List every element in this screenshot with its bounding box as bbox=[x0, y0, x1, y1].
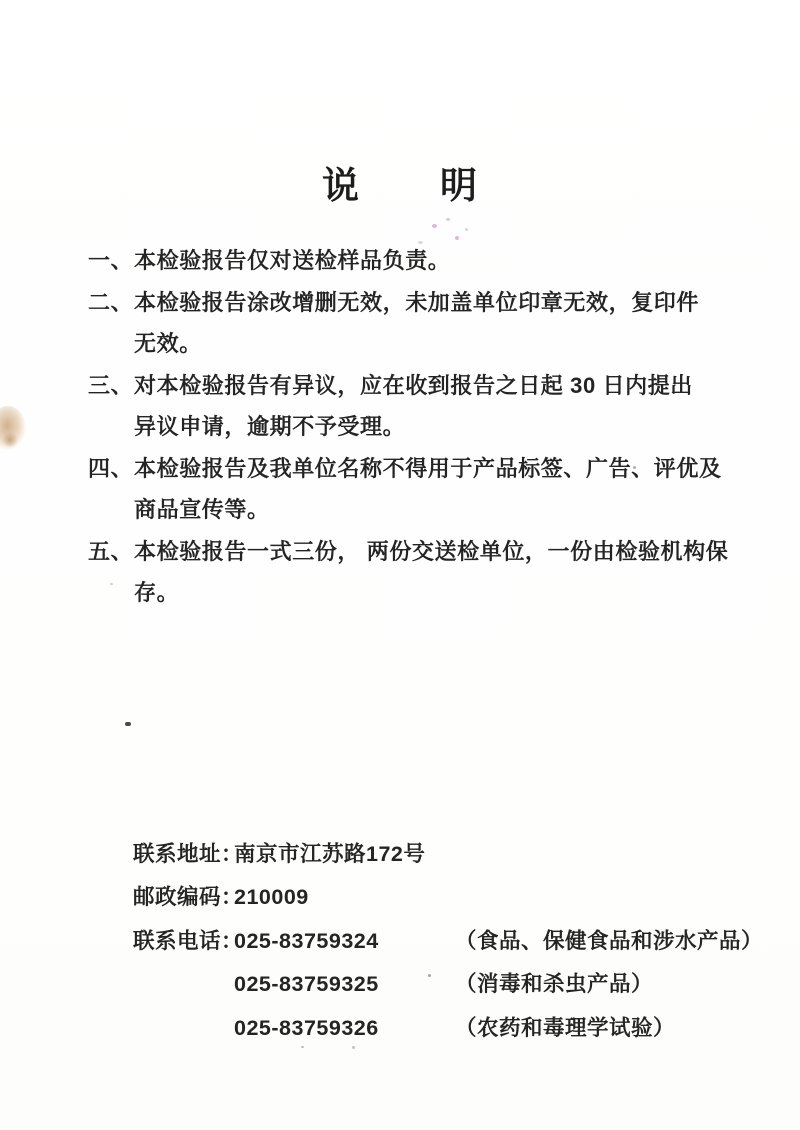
scan-speck bbox=[428, 974, 431, 977]
item-number: 四、 bbox=[88, 448, 134, 490]
notice-text: 异议申请，逾期不予受理。 bbox=[134, 414, 405, 439]
address-value: 南京市江苏路172号 bbox=[234, 833, 425, 876]
contact-phone-row-3: 025-83759326 （农药和毒理学试验） bbox=[133, 1007, 770, 1050]
scan-speck bbox=[110, 583, 113, 585]
notice-item-5-cont: 存。 bbox=[88, 572, 745, 614]
notice-text: 本检验报告仅对送检样品负责。 bbox=[134, 248, 450, 273]
item-number: 五、 bbox=[88, 531, 134, 573]
phone-number: 025-83759324 bbox=[234, 920, 379, 963]
notice-text: 本检验报告一式三份， 两份交送检单位，一份由检验机构保 bbox=[134, 539, 728, 564]
postcode-value: 210009 bbox=[234, 876, 309, 919]
phone-label: 联系电话： bbox=[133, 920, 243, 963]
notice-item-4: 四、本检验报告及我单位名称不得用于产品标签、广告、评优及 bbox=[88, 448, 745, 490]
notice-item-2-cont: 无效。 bbox=[88, 323, 745, 365]
notice-item-4-cont: 商品宣传等。 bbox=[88, 489, 745, 531]
notice-item-3-cont: 异议申请，逾期不予受理。 bbox=[88, 406, 745, 448]
scan-speck bbox=[432, 224, 437, 228]
notice-text: 商品宣传等。 bbox=[134, 497, 270, 522]
notice-item-1: 一、本检验报告仅对送检样品负责。 bbox=[88, 240, 745, 282]
item-number: 二、 bbox=[88, 282, 134, 324]
phone-note: （消毒和杀虫产品） bbox=[455, 963, 653, 1006]
phone-number: 025-83759326 bbox=[234, 1007, 379, 1050]
scan-speck bbox=[418, 241, 423, 244]
document-page: 说 明 一、本检验报告仅对送检样品负责。 二、本检验报告涂改增删无效，未加盖单位… bbox=[0, 0, 800, 1130]
item-number: 一、 bbox=[88, 240, 134, 282]
notice-text: 对本检验报告有异议，应在收到报告之日起 30 日内提出 bbox=[134, 373, 693, 398]
notice-item-3: 三、对本检验报告有异议，应在收到报告之日起 30 日内提出 bbox=[88, 365, 745, 407]
scan-stain bbox=[2, 432, 18, 448]
address-label: 联系地址： bbox=[133, 833, 243, 876]
scan-speck bbox=[301, 1046, 304, 1048]
notice-item-2: 二、本检验报告涂改增删无效，未加盖单位印章无效，复印件 bbox=[88, 282, 745, 324]
scan-speck bbox=[633, 466, 636, 469]
notice-text: 无效。 bbox=[134, 331, 202, 356]
contact-phone-row-1: 联系电话： 025-83759324 （食品、保健食品和涉水产品） bbox=[133, 920, 770, 963]
notice-text: 本检验报告涂改增删无效，未加盖单位印章无效，复印件 bbox=[134, 290, 699, 315]
notice-list: 一、本检验报告仅对送检样品负责。 二、本检验报告涂改增删无效，未加盖单位印章无效… bbox=[88, 240, 745, 614]
contact-postcode-row: 邮政编码： 210009 bbox=[133, 876, 770, 919]
title-char-2: 明 bbox=[440, 155, 478, 209]
scan-speck bbox=[455, 236, 459, 240]
scan-speck bbox=[352, 1046, 355, 1049]
scan-speck bbox=[465, 228, 468, 231]
contact-block: 联系地址： 南京市江苏路172号 邮政编码： 210009 联系电话： 025-… bbox=[133, 833, 770, 1050]
contact-address-row: 联系地址： 南京市江苏路172号 bbox=[133, 833, 770, 876]
ink-speck bbox=[125, 722, 131, 726]
scan-speck bbox=[446, 218, 450, 221]
notice-text: 存。 bbox=[134, 580, 179, 605]
page-title: 说 明 bbox=[0, 155, 800, 209]
postcode-label: 邮政编码： bbox=[133, 876, 243, 919]
phone-number: 025-83759325 bbox=[234, 963, 379, 1006]
contact-phone-row-2: 025-83759325 （消毒和杀虫产品） bbox=[133, 963, 770, 1006]
phone-note: （食品、保健食品和涉水产品） bbox=[455, 920, 763, 963]
item-number: 三、 bbox=[88, 365, 134, 407]
title-char-1: 说 bbox=[322, 155, 360, 209]
notice-item-5: 五、本检验报告一式三份， 两份交送检单位，一份由检验机构保 bbox=[88, 531, 745, 573]
phone-note: （农药和毒理学试验） bbox=[455, 1007, 675, 1050]
